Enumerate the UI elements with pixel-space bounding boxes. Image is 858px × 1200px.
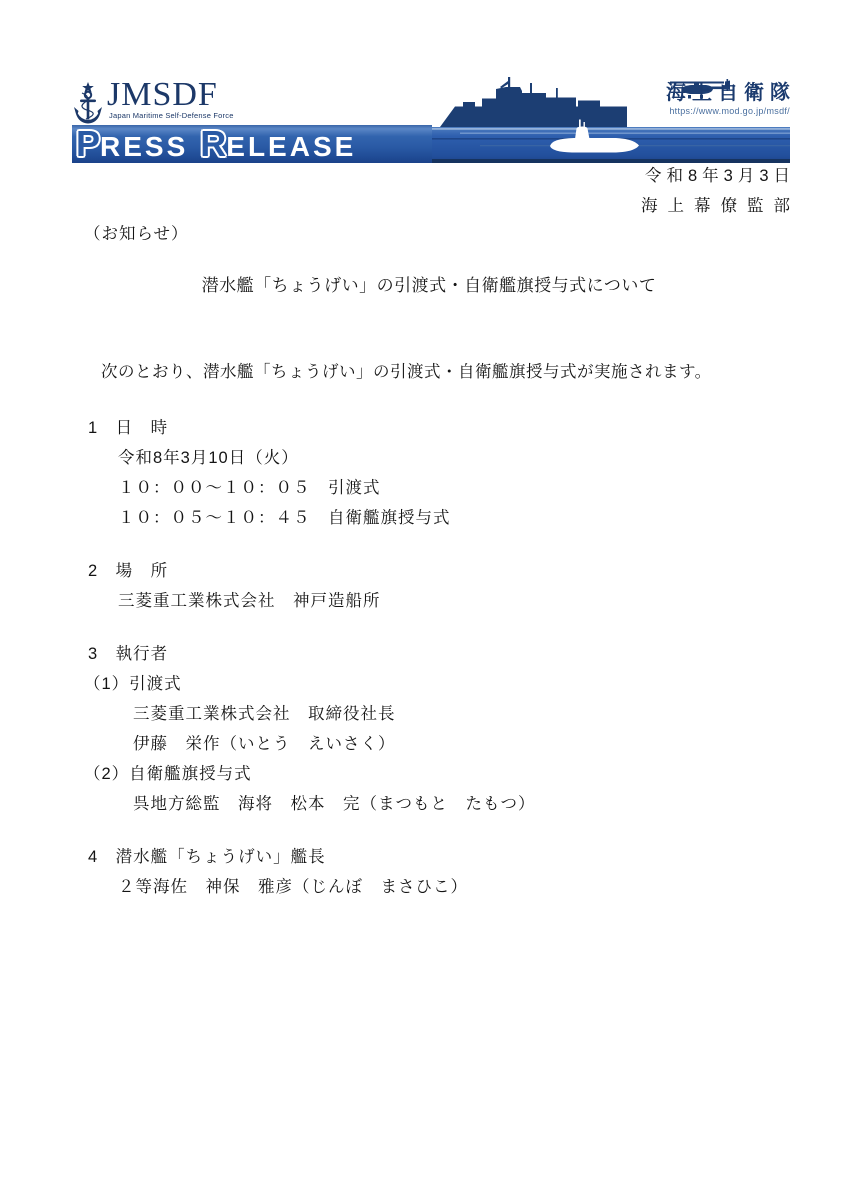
section-4-heading: 4 潜水艦「ちょうげい」艦長 <box>0 842 858 872</box>
document-title: 潜水艦「ちょうげい」の引渡式・自衛艦旗授与式について <box>0 271 858 296</box>
press-release-page: JMSDF Japan Maritime Self-Defense Force … <box>0 0 858 1200</box>
section-2-heading: 2 場 所 <box>0 556 858 586</box>
section-3-item-1-company: 三菱重工業株式会社 取締役社長 <box>0 699 858 729</box>
notice-label: （お知らせ） <box>84 220 189 244</box>
document-body: 1 日 時 令和8年3月10日（火） １０：００～１０：０５ 引渡式 １０：０５… <box>0 413 858 902</box>
section-3-item-1-person: 伊藤 栄作（いとう えいさく） <box>0 729 858 759</box>
section-2-line-place: 三菱重工業株式会社 神戸造船所 <box>0 586 858 616</box>
press-initial-letter: P <box>76 123 100 164</box>
section-1-heading: 1 日 時 <box>0 413 858 443</box>
section-4-line-captain: ２等海佐 神保 雅彦（じんぼ まさひこ） <box>0 872 858 902</box>
org-url[interactable]: https://www.mod.go.jp/msdf/ <box>666 106 790 116</box>
press-release-title: PRESSRELEASE <box>72 125 356 163</box>
destroyer-silhouette-icon <box>440 77 627 127</box>
release-date: 令和8年3月3日 <box>72 167 795 185</box>
logo-subtitle: Japan Maritime Self-Defense Force <box>107 111 234 120</box>
header: JMSDF Japan Maritime Self-Defense Force … <box>72 75 790 163</box>
logo-acronym: JMSDF <box>107 79 234 111</box>
section-1-line-time-1: １０：００～１０：０５ 引渡式 <box>0 473 858 503</box>
section-3-item-2-label: （2）自衛艦旗授与式 <box>0 759 858 789</box>
section-3-item-2-person: 呉地方総監 海将 松本 完（まつもと たもつ） <box>0 789 858 819</box>
press-release-banner: PRESSRELEASE <box>72 125 432 163</box>
section-3-item-1-label: （1）引渡式 <box>0 669 858 699</box>
release-initial-letter: R <box>200 123 226 164</box>
press-word-rest: RESS <box>100 131 188 162</box>
logo-text: JMSDF Japan Maritime Self-Defense Force <box>107 79 234 120</box>
org-name: 海上自衛隊 <box>666 81 796 105</box>
release-word-rest: ELEASE <box>226 131 356 162</box>
section-1-line-time-2: １０：０５～１０：４５ 自衛艦旗授与式 <box>0 503 858 533</box>
section-3-heading: 3 執行者 <box>0 639 858 669</box>
org-block: 海上自衛隊 https://www.mod.go.jp/msdf/ <box>666 81 790 116</box>
meta-block: 令和8年3月3日 海上幕僚監部 <box>72 167 790 215</box>
intro-paragraph: 次のとおり、潜水艦「ちょうげい」の引渡式・自衛艦旗授与式が実施されます。 <box>84 358 712 382</box>
issuer-name: 海上幕僚監部 <box>72 197 800 215</box>
section-1-line-date: 令和8年3月10日（火） <box>0 443 858 473</box>
